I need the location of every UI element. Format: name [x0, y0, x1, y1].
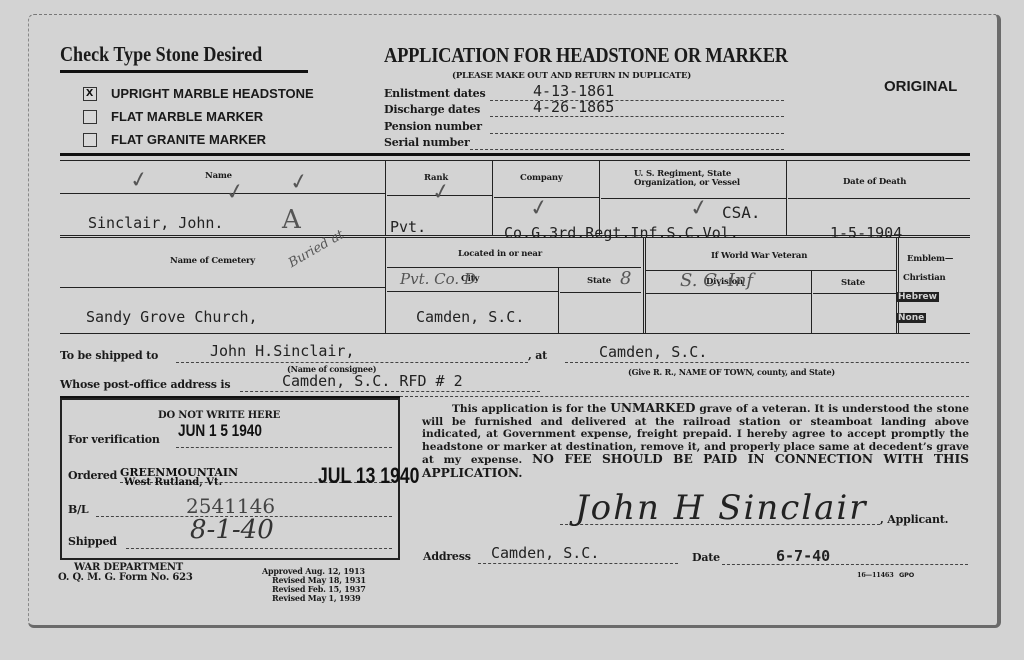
grid-line: [60, 333, 970, 334]
bl-label: B/L: [68, 503, 88, 516]
grid-line: [788, 198, 970, 199]
grid-line: [558, 268, 559, 333]
ordered-date-stamp: JUL 13 1940: [318, 463, 419, 489]
header-ww-state: State: [841, 278, 865, 288]
date-of-death-field[interactable]: 1-5-1904: [830, 224, 902, 242]
option-label: FLAT MARBLE MARKER: [111, 109, 263, 124]
checkbox-icon[interactable]: [83, 110, 97, 124]
shipped-field-line: [126, 548, 392, 549]
grid-line: [387, 291, 558, 292]
emblem-struck-out: None: [896, 313, 926, 323]
handwritten-note: 8: [620, 268, 631, 289]
header-name: Name: [205, 171, 232, 181]
date-field[interactable]: 6-7-40: [776, 547, 830, 565]
grid-line: [643, 237, 646, 333]
statement-emphasis: UNMARKED: [610, 401, 695, 415]
separator-line: [60, 160, 970, 161]
grid-line: [786, 161, 787, 236]
handwritten-note: Pvt. Co. D: [400, 270, 476, 288]
header-emblem: Emblem—: [907, 254, 953, 264]
address-label: Address: [423, 550, 471, 563]
option-upright-marble[interactable]: UPRIGHT MARBLE HEADSTONE: [83, 86, 314, 101]
separator-line: [400, 396, 969, 397]
form-number: O. Q. M. G. Form No. 623: [58, 572, 193, 583]
address-field[interactable]: Camden, S.C.: [491, 544, 599, 562]
at-field[interactable]: Camden, S.C.: [599, 343, 707, 361]
grid-line: [60, 235, 970, 238]
grid-line: [646, 293, 811, 294]
shipped-to-field[interactable]: John H.Sinclair,: [210, 342, 355, 360]
verification-field-line: [176, 447, 392, 448]
date-label: Date: [692, 551, 720, 564]
grid-line: [813, 293, 896, 294]
company-regiment-field[interactable]: Co.G.3rd.Regt.Inf.S.C.Vol.: [504, 224, 739, 242]
title-underline: [60, 70, 308, 73]
applicant-signature[interactable]: John H Sinclair: [575, 488, 868, 528]
separator-line: [60, 153, 970, 156]
pension-label: Pension number: [384, 120, 482, 133]
header-regiment-line2: Organization, or Vessel: [634, 178, 740, 188]
handwritten-initial: A: [282, 205, 301, 235]
gpo-mark: GPO: [899, 571, 914, 579]
cemetery-field[interactable]: Sandy Grove Church,: [86, 308, 258, 326]
grid-line: [60, 193, 385, 194]
regiment-annotation: CSA.: [722, 203, 761, 222]
header-company: Company: [520, 173, 563, 183]
shipped-label: Shipped: [68, 535, 117, 548]
shipped-to-field-line: [176, 362, 528, 363]
verification-label: For verification: [68, 433, 160, 446]
header-state: State: [587, 276, 611, 286]
grid-line: [560, 292, 641, 293]
header-cemetery: Name of Cemetery: [170, 256, 255, 266]
shipped-to-label: To be shipped to: [60, 349, 158, 362]
stone-type-title: Check Type Stone Desired: [60, 42, 262, 67]
checkbox-checked-icon[interactable]: [83, 87, 97, 101]
ordered-label: Ordered: [68, 469, 117, 482]
grid-line: [811, 270, 812, 333]
office-use-title: DO NOT WRITE HERE: [158, 410, 280, 421]
rank-field[interactable]: Pvt.: [390, 218, 426, 236]
grid-line: [492, 161, 493, 236]
statement-paragraph: This application is for the UNMARKED gra…: [422, 402, 969, 481]
shipped-field[interactable]: 8-1-40: [190, 515, 274, 545]
print-code: 16—11463: [857, 571, 894, 579]
emblem-struck-out: Hebrew: [896, 292, 939, 302]
form-title: APPLICATION FOR HEADSTONE OR MARKER: [384, 43, 788, 68]
serial-field[interactable]: [470, 149, 784, 150]
header-ww-veteran: If World War Veteran: [711, 251, 807, 261]
verification-stamp: JUN 1 5 1940: [178, 421, 262, 441]
name-field[interactable]: Sinclair, John.: [88, 214, 223, 232]
header-located: Located in or near: [458, 249, 542, 259]
date-field-line: [722, 564, 968, 565]
po-address-field-line: [240, 391, 540, 392]
handwritten-note: S. C. Inf: [680, 270, 753, 291]
applicant-label: , Applicant.: [880, 513, 948, 526]
city-field[interactable]: Camden, S.C.: [416, 308, 524, 326]
po-address-field[interactable]: Camden, S.C. RFD # 2: [282, 372, 463, 390]
grid-line: [385, 161, 386, 236]
discharge-field-line: [490, 116, 784, 117]
ordered-stamp-line2: West Rutland, Vt.: [124, 477, 222, 488]
revision-line: Revised May 1, 1939: [272, 593, 360, 603]
at-field-line: [565, 362, 969, 363]
copy-label: ORIGINAL: [884, 78, 957, 95]
option-label: FLAT GRANITE MARKER: [111, 132, 266, 147]
enlistment-label: Enlistment dates: [384, 87, 485, 100]
serial-label: Serial number: [384, 136, 470, 149]
at-caption: (Give R. R., NAME OF TOWN, county, and S…: [628, 367, 835, 377]
statement-text: This application is for the: [452, 403, 610, 415]
discharge-field[interactable]: 4-26-1865: [533, 98, 614, 116]
address-field-line: [478, 563, 678, 564]
option-flat-granite[interactable]: FLAT GRANITE MARKER: [83, 132, 266, 147]
at-label: , at: [528, 349, 547, 362]
option-label: UPRIGHT MARBLE HEADSTONE: [111, 86, 314, 101]
emblem-christian[interactable]: Christian: [903, 273, 945, 283]
discharge-label: Discharge dates: [384, 103, 480, 116]
form-subtitle: (PLEASE MAKE OUT AND RETURN IN DUPLICATE…: [452, 71, 691, 81]
option-flat-marble[interactable]: FLAT MARBLE MARKER: [83, 109, 263, 124]
header-date-of-death: Date of Death: [843, 177, 906, 187]
pension-field[interactable]: [490, 133, 784, 134]
grid-line: [387, 267, 641, 268]
grid-line: [60, 287, 385, 288]
po-address-label: Whose post-office address is: [60, 378, 230, 391]
grid-line: [385, 237, 386, 333]
checkbox-icon[interactable]: [83, 133, 97, 147]
